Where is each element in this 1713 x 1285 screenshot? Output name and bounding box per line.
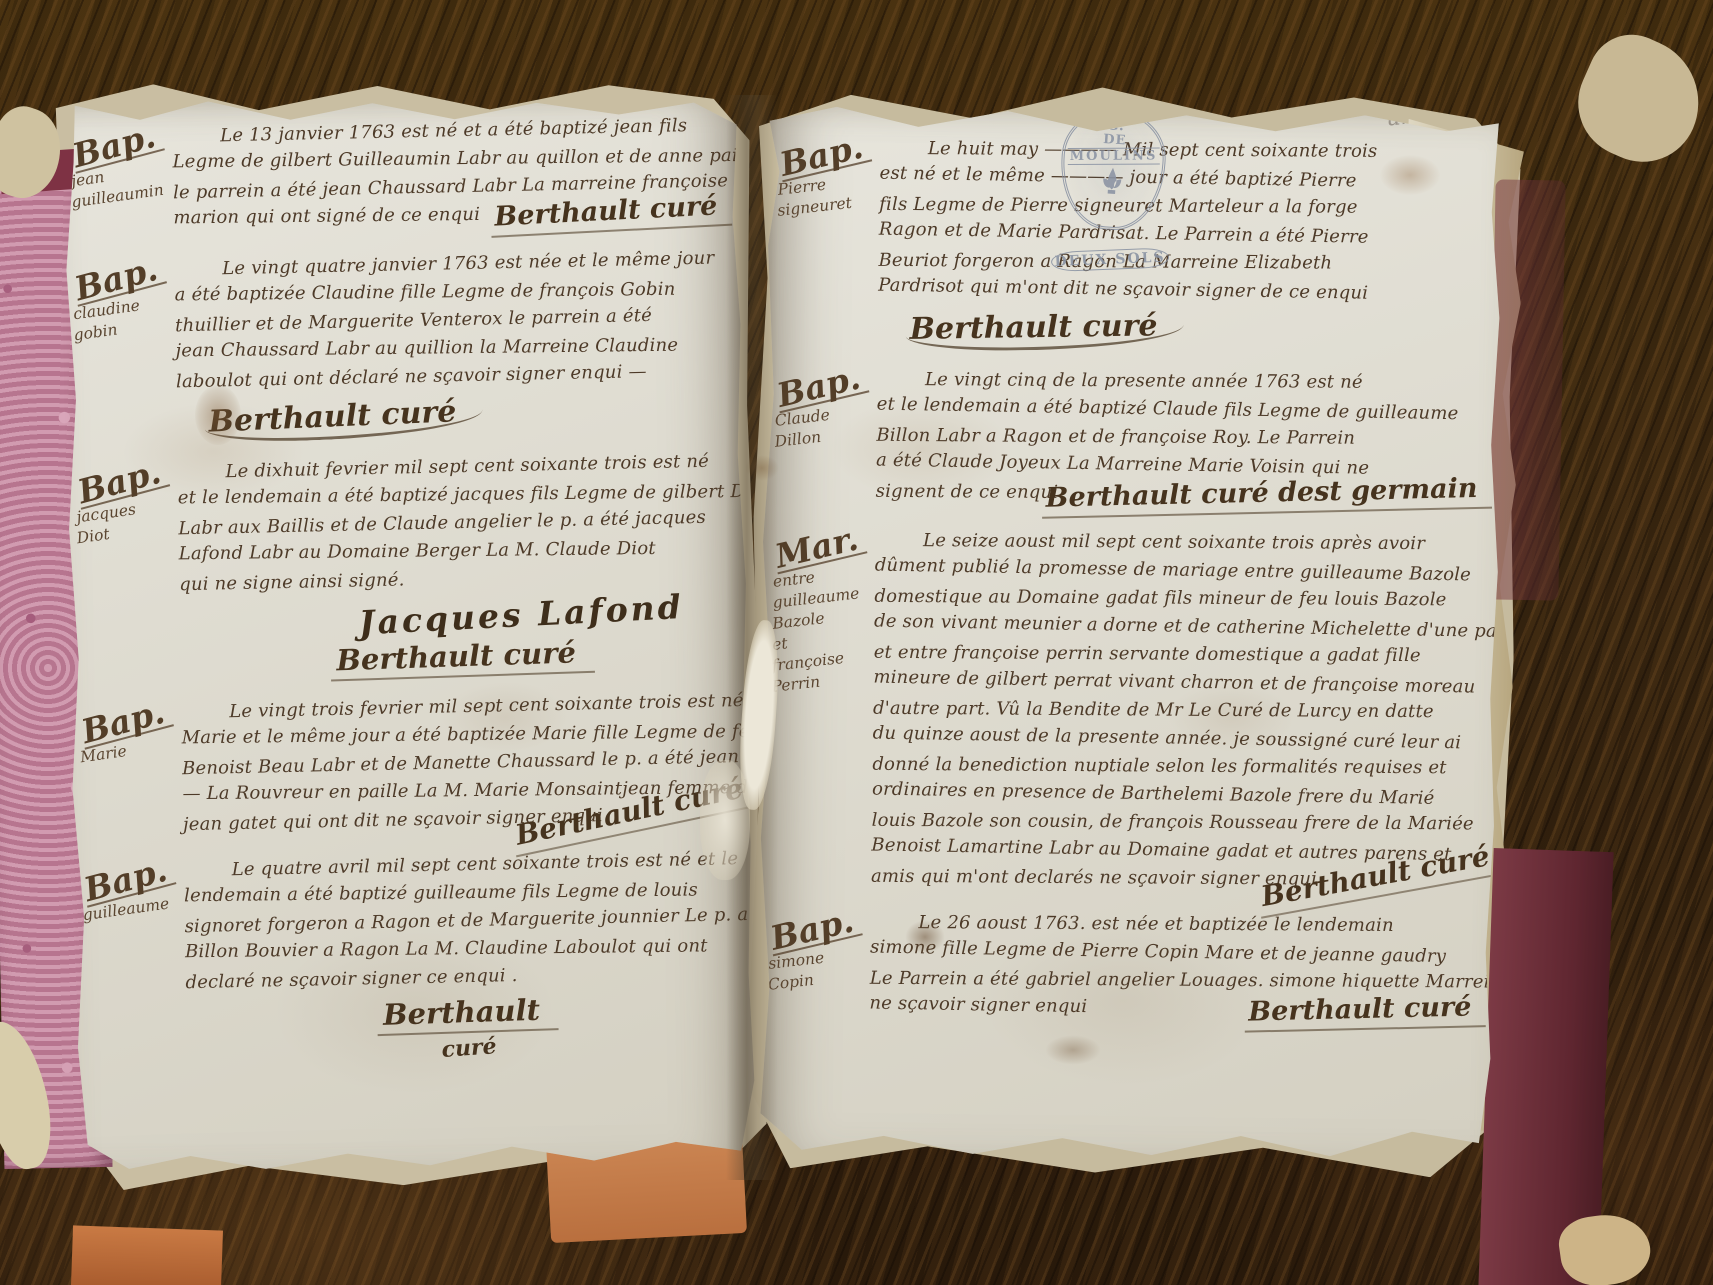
salmon-cover-corner-bottom-left	[71, 1225, 223, 1285]
entry-margin-annotation: Bap.ClaudeDillon	[773, 363, 877, 509]
torn-paper-scrap	[1561, 21, 1713, 179]
entry-text: Le 26 aoust 1763. est née et baptizée le…	[869, 907, 1492, 1032]
entry-text: Le 13 janvier 1763 est né et a été bapti…	[172, 113, 738, 239]
register-entry: Mar.entreguilleaumeBazoleetfrançoisePerr…	[769, 524, 1497, 899]
stamp-text: MOULINS	[1068, 147, 1160, 164]
entry-margin-annotation: Bap.guilleaume	[81, 856, 186, 1072]
stamp-value-text: DEUX SOLS	[1051, 247, 1170, 272]
entry-margin-annotation: Bap.claudinegobin	[72, 255, 177, 444]
tax-stamp-generalite-de-moulins: G. DE MOULINS DEUX SOLS	[1044, 106, 1183, 282]
signature: Berthault curé	[905, 309, 1183, 352]
right-register-page: Bap.Pierresigneuret Le huit may ———— Mil…	[750, 97, 1507, 1164]
stamp-text: DE	[1103, 133, 1127, 148]
entry-margin-annotation: Bap.jacquesDiot	[75, 458, 181, 684]
photo-open-parish-register: Bap.jeanguilleaumin Le 13 janvier 1763 e…	[0, 0, 1713, 1285]
entry-text: Le quatre avril mil sept cent soixante t…	[183, 847, 750, 1070]
entry-margin-annotation: Mar.entreguilleaumeBazoleetfrançoisePerr…	[769, 524, 875, 891]
entry-text: Le dixhuit fevrier mil sept cent soixant…	[177, 449, 744, 682]
signature: Berthault curé	[330, 635, 595, 682]
entry-text: Le vingt cinq de la presente année 1763 …	[875, 364, 1499, 517]
entry-text: Le huit may ———— Mil sept cent soixante …	[877, 133, 1502, 356]
register-entry: Bap.simoneCopin Le 26 aoust 1763. est né…	[767, 906, 1492, 1032]
entry-margin-annotation: Bap.jeanguilleaumin	[70, 122, 174, 241]
signature: Berthault curé	[1244, 990, 1486, 1032]
signature: Jacques Lafond	[359, 590, 685, 640]
entry-text: Le vingt trois fevrier mil sept cent soi…	[181, 689, 747, 840]
maroon-cover-edge-upper-right	[1488, 179, 1565, 600]
register-entry: Bap.Marie Le vingt trois fevrier mil sep…	[79, 689, 747, 841]
left-register-page: Bap.jeanguilleaumin Le 13 janvier 1763 e…	[58, 87, 759, 1178]
register-entry: Bap.claudinegobin Le vingt quatre janvie…	[72, 246, 741, 443]
register-entry: Bap.ClaudeDillon Le vingt cinq de la pre…	[773, 363, 1499, 517]
entry-margin-annotation: Bap.Pierresigneuret	[775, 132, 880, 348]
entry-margin-annotation: Bap.simoneCopin	[767, 906, 870, 1024]
entry-margin-annotation: Bap.Marie	[79, 698, 183, 842]
register-entry: Bap.jacquesDiot Le dixhuit fevrier mil s…	[75, 449, 744, 683]
signature: Berthault curé	[204, 394, 483, 445]
register-entry: Bap.jeanguilleaumin Le 13 janvier 1763 e…	[70, 113, 738, 240]
fleur-de-lis-icon	[1098, 166, 1126, 202]
signature: curé	[440, 1029, 497, 1067]
register-entry: Bap.guilleaume Le quatre avril mil sept …	[81, 847, 750, 1071]
left-page-entries: Bap.jeanguilleaumin Le 13 janvier 1763 e…	[58, 87, 759, 1178]
entry-text: Le seize aoust mil sept cent soixante tr…	[871, 525, 1497, 899]
signature: Berthault	[377, 992, 559, 1036]
entry-text: Le vingt quatre janvier 1763 est née et …	[174, 246, 741, 442]
